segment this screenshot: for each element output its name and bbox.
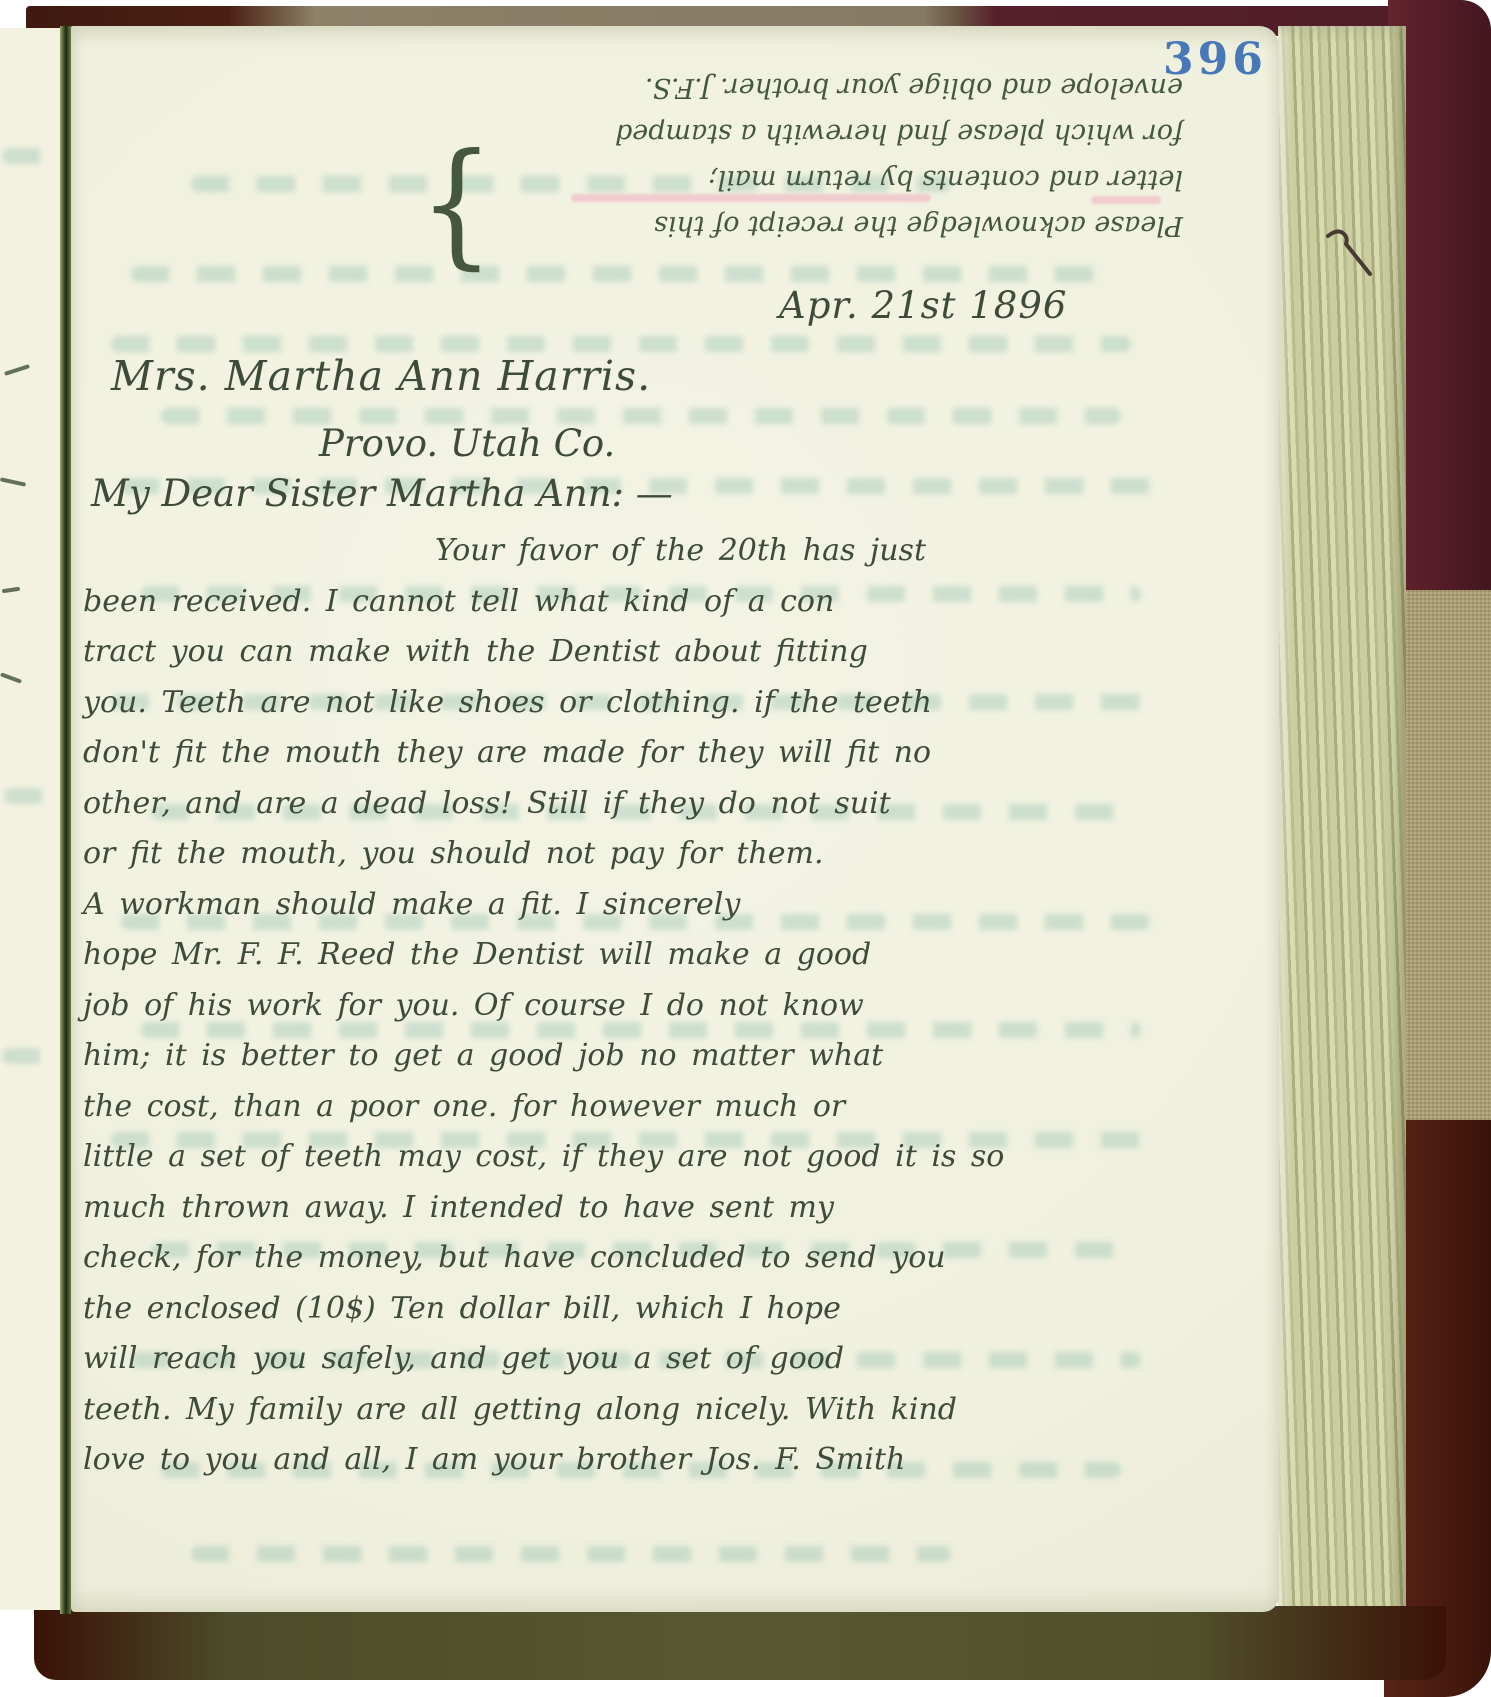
bleed-through-marks (4, 788, 56, 804)
letter-body-line: the cost, than a poor one. for however m… (83, 1082, 1213, 1133)
letter-body-line: little a set of teeth may cost, if they … (83, 1132, 1213, 1183)
bleed-through-marks (2, 1048, 52, 1064)
book-bottom-cover-edge (34, 1606, 1446, 1680)
letter-body-line: much thrown away. I intended to have sen… (83, 1183, 1213, 1234)
previous-page-sliver (0, 28, 62, 1610)
bleed-through-marks (191, 1546, 951, 1562)
letter-address: Provo. Utah Co. (319, 422, 615, 465)
letter-body-line: him; it is better to get a good job no m… (83, 1031, 1213, 1082)
sliver-ink-fragment (4, 364, 30, 376)
inverted-postscript-line: for which please find herewith a stamped (427, 110, 1183, 156)
letter-body-line: the enclosed (10$) Ten dollar bill, whic… (83, 1284, 1213, 1335)
bleed-through-marks (161, 408, 1121, 424)
letter-date: Apr. 21st 1896 (779, 284, 1067, 327)
letter-body-line: A workman should make a fit. I sincerely (83, 880, 1213, 931)
letter-body: Your favor of the 20th has just been rec… (83, 526, 1213, 1486)
sliver-ink-fragment (0, 672, 22, 683)
inverted-postscript: Please acknowledge the receipt of this l… (427, 64, 1183, 248)
bleed-through-marks (131, 266, 1111, 282)
bleed-through-marks (111, 336, 1131, 352)
letter-body-line: will reach you safely, and get you a set… (83, 1334, 1213, 1385)
letter-body-line: check, for the money, but have concluded… (83, 1233, 1213, 1284)
binding-gutter (60, 26, 71, 1614)
inverted-postscript-line: Please acknowledge the receipt of this (427, 202, 1183, 248)
letter-body-line: other, and are a dead loss! Still if the… (83, 779, 1213, 830)
inverted-postscript-line: letter and contents by return mail; (427, 156, 1183, 202)
bleed-through-marks (2, 148, 52, 164)
letter-body-line: Your favor of the 20th has just (83, 526, 1213, 577)
letter-body-line: hope Mr. F. F. Reed the Dentist will mak… (83, 930, 1213, 981)
ink-mark (1322, 226, 1392, 286)
letter-body-line: or fit the mouth, you should not pay for… (83, 829, 1213, 880)
letter-body-line: don't fit the mouth they are made for th… (83, 728, 1213, 779)
letterbook-scan: 396 Please acknowledge the receipt of th… (0, 0, 1491, 1697)
letter-addressee: Mrs. Martha Ann Harris. (111, 352, 651, 400)
letter-body-line: you. Teeth are not like shoes or clothin… (83, 678, 1213, 729)
letter-salutation: My Dear Sister Martha Ann: — (91, 472, 673, 515)
letter-body-line: been received. I cannot tell what kind o… (83, 577, 1213, 628)
book-cloth-spine-right (1392, 590, 1491, 1120)
letter-body-line: tract you can make with the Dentist abou… (83, 627, 1213, 678)
inverted-postscript-line: envelope and oblige your brother. J.F.S. (427, 64, 1183, 110)
sliver-ink-fragment (2, 587, 20, 593)
sliver-ink-fragment (0, 477, 26, 486)
letter-page: 396 Please acknowledge the receipt of th… (71, 26, 1279, 1612)
brace-mark: { (419, 135, 494, 271)
letter-body-line: job of his work for you. Of course I do … (83, 981, 1213, 1032)
letter-body-line: teeth. My family are all getting along n… (83, 1385, 1213, 1436)
letter-body-line: love to you and all, I am your brother J… (83, 1435, 1213, 1486)
